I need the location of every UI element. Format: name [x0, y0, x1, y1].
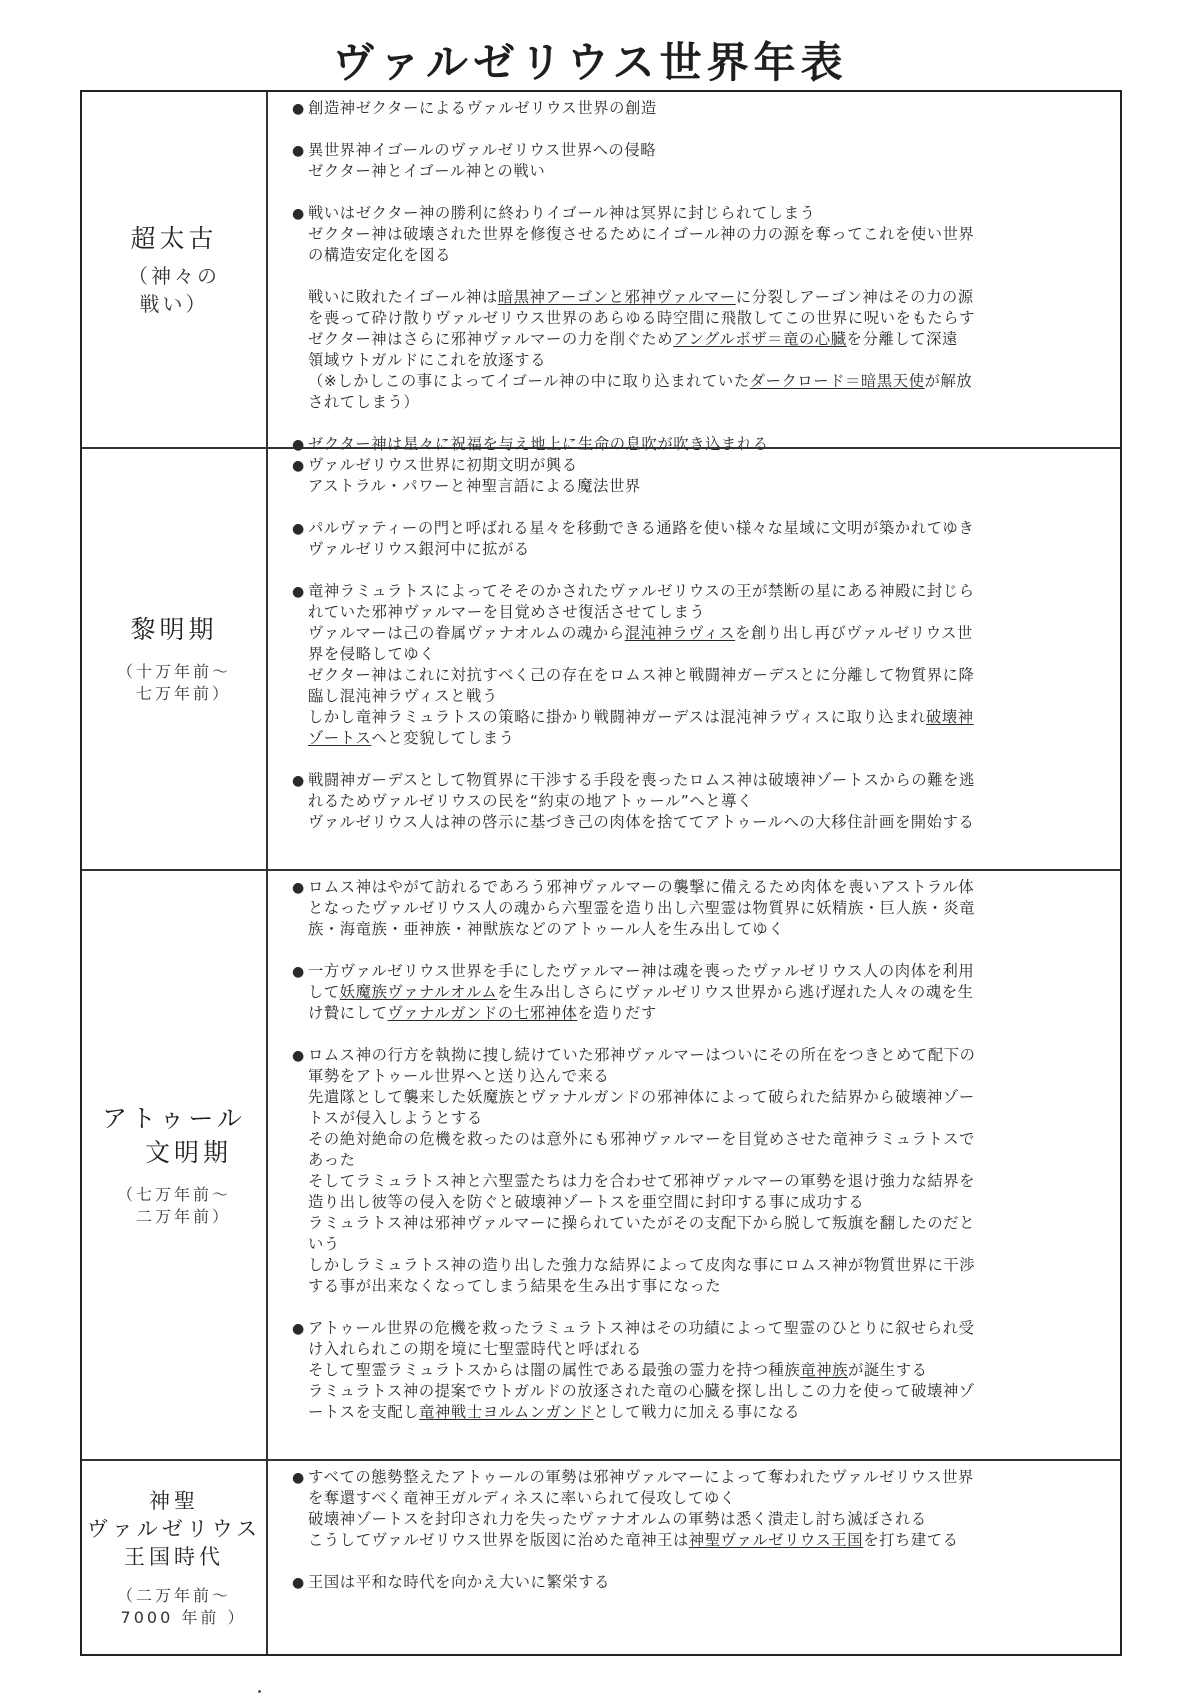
event-text: 創造神ゼクターによるヴァルゼリウス世界の創造: [308, 99, 657, 117]
event-paragraph: ●戦闘神ガーデスとして物質界に干渉する手段を喪ったロムス神は破壊神ゾートスからの…: [292, 770, 1106, 833]
event-line: け入れられこの期を境に七聖霊時代と呼ばれる: [292, 1339, 1106, 1360]
page-title: ヴァルゼリウス世界年表: [0, 30, 1180, 90]
event-text: ラミュラトス神は邪神ヴァルマーに操られていたがその支配下から脱して叛旗を翻したの…: [308, 1214, 975, 1232]
event-text: ゼクター神はこれに対抗すべく己の存在をロムス神と戦闘神ガーデスとに分離して物質界…: [308, 666, 974, 684]
era-name: 黎明期: [130, 613, 217, 647]
event-text: ヴァルゼリウス人は神の啓示に基づき己の肉体を捨ててアトゥールへの大移住計画を開始…: [308, 813, 974, 831]
event-text: 造り出し彼等の侵入を防ぐと破壊神ゾートスを亜空間に封印する事に成功する: [308, 1193, 864, 1211]
event-text: ゼクター神はさらに邪神ヴァルマーの力を削ぐため: [308, 330, 673, 348]
event-text: れるためヴァルゼリウスの民を“約束の地アトゥール”へと導く: [308, 792, 753, 810]
event-paragraph: ●ロムス神はやがて訪れるであろう邪神ヴァルマーの襲撃に備えるため肉体を喪いアスト…: [292, 877, 1106, 940]
event-line: ゼクター神はさらに邪神ヴァルマーの力を削ぐためアングルボザ＝竜の心臓を分離して深…: [292, 329, 1106, 350]
era-row: 超太古 （神々の 戦い） ●創造神ゼクターによるヴァルゼリウス世界の創造●異世界…: [82, 92, 1120, 449]
event-text: を分離して深遠: [847, 330, 958, 348]
event-line: する事が出来なくなってしまう結果を生み出す事になった: [292, 1276, 1106, 1297]
event-line: 界を侵略してゆく: [292, 644, 1106, 665]
event-line: あった: [292, 1150, 1106, 1171]
event-text: に分裂しアーゴン神はその力の源: [736, 288, 974, 306]
event-line: （※しかしこの事によってイゴール神の中に取り込まれていたダークロード＝暗黒天使が…: [292, 371, 1106, 392]
event-text: を創り出し再びヴァルゼリウス世: [735, 624, 973, 642]
era-content: ●すべての態勢整えたアトゥールの軍勢は邪神ヴァルマーによって奪われたヴァルゼリウ…: [268, 1461, 1120, 1654]
bullet-icon: ●: [292, 582, 308, 603]
event-text: 軍勢をアトゥール世界へと送り込んで来る: [308, 1067, 609, 1085]
event-text: を造りだす: [577, 1004, 657, 1022]
event-line: け贄にしてヴァナルガンドの七邪神体を造りだす: [292, 1003, 1106, 1024]
event-text: の構造安定化を図る: [308, 246, 451, 264]
event-text: する事が出来なくなってしまう結果を生み出す事になった: [308, 1277, 721, 1295]
event-text: け贄にして: [308, 1004, 388, 1022]
event-line: を喪って砕け散りヴァルゼリウス世界のあらゆる時空間に飛散してこの世界に呪いをもた…: [292, 308, 1106, 329]
era-row: 黎明期 （十万年前～ 七万年前） ●ヴァルゼリウス世界に初期文明が興るアストラル…: [82, 449, 1120, 871]
event-text: 破壊神ゾートスを封印され力を失ったヴァナオルムの軍勢は悉く潰走し討ち滅ぼされる: [308, 1510, 927, 1528]
event-line: ゾートスへと変貌してしまう: [292, 728, 1106, 749]
event-text: （※しかしこの事によってイゴール神の中に取り込まれていた: [308, 372, 750, 390]
event-line: ●一方ヴァルゼリウス世界を手にしたヴァルマー神は魂を喪ったヴァルゼリウス人の肉体…: [292, 961, 1106, 982]
event-line: されてしまう）: [292, 392, 1106, 413]
event-text: あった: [308, 1151, 356, 1169]
era-label: 黎明期 （十万年前～ 七万年前）: [82, 449, 268, 869]
event-line: ●創造神ゼクターによるヴァルゼリウス世界の創造: [292, 98, 1106, 119]
event-line: ラミュラトス神は邪神ヴァルマーに操られていたがその支配下から脱して叛旗を翻したの…: [292, 1213, 1106, 1234]
event-text: 戦いに敗れたイゴール神は: [308, 288, 498, 306]
event-line: を奪還すべく竜神王ガルディネスに率いられて侵攻してゆく: [292, 1488, 1106, 1509]
event-line: ートスを支配し竜神戦士ヨルムンガンドとして戦力に加える事になる: [292, 1402, 1106, 1423]
key-term: 竜神族: [800, 1361, 848, 1379]
bullet-icon: ●: [292, 1319, 308, 1340]
event-paragraph: ●創造神ゼクターによるヴァルゼリウス世界の創造: [292, 98, 1106, 119]
event-paragraph: ●一方ヴァルゼリウス世界を手にしたヴァルマー神は魂を喪ったヴァルゼリウス人の肉体…: [292, 961, 1106, 1024]
era-name: 超太古: [130, 222, 217, 256]
event-text: こうしてヴァルゼリウス世界を版図に治めた竜神王は: [308, 1531, 689, 1549]
era-label: アトゥール 文明期 （七万年前～ 二万年前）: [82, 871, 268, 1459]
event-line: ●アトゥール世界の危機を救ったラミュラトス神はその功績によって聖霊のひとりに叙せ…: [292, 1318, 1106, 1339]
event-line: ●王国は平和な時代を向かえ大いに繁栄する: [292, 1572, 1106, 1593]
event-text: ヴァルゼリウス銀河中に拡がる: [308, 540, 530, 558]
event-text: を奪還すべく竜神王ガルディネスに率いられて侵攻してゆく: [308, 1489, 736, 1507]
event-line: こうしてヴァルゼリウス世界を版図に治めた竜神王は神聖ヴァルゼリウス王国を打ち建て…: [292, 1530, 1106, 1551]
event-paragraph: ●異世界神イゴールのヴァルゼリウス世界への侵略ゼクター神とイゴール神との戦い: [292, 140, 1106, 182]
event-paragraph: ●すべての態勢整えたアトゥールの軍勢は邪神ヴァルマーによって奪われたヴァルゼリウ…: [292, 1467, 1106, 1551]
event-text: け入れられこの期を境に七聖霊時代と呼ばれる: [308, 1340, 642, 1358]
event-line: ●すべての態勢整えたアトゥールの軍勢は邪神ヴァルマーによって奪われたヴァルゼリウ…: [292, 1467, 1106, 1488]
event-text: 戦闘神ガーデスとして物質界に干渉する手段を喪ったロムス神は破壊神ゾートスからの難…: [308, 771, 975, 789]
event-line: ラミュラトス神の提案でウトガルドの放逐された竜の心臓を探し出しこの力を使って破壊…: [292, 1381, 1106, 1402]
key-term: 妖魔族ヴァナルオルム: [340, 983, 497, 1001]
event-text: ラミュラトス神の提案でウトガルドの放逐された竜の心臓を探し出しこの力を使って破壊…: [308, 1382, 975, 1400]
event-line: ●ロムス神はやがて訪れるであろう邪神ヴァルマーの襲撃に備えるため肉体を喪いアスト…: [292, 877, 1106, 898]
event-line: ●戦いはゼクター神の勝利に終わりイゴール神は冥界に封じられてしまう: [292, 203, 1106, 224]
event-line: して妖魔族ヴァナルオルムを生み出しさらにヴァルゼリウス世界から逃げ遅れた人々の魂…: [292, 982, 1106, 1003]
era-row: アトゥール 文明期 （七万年前～ 二万年前） ●ロムス神はやがて訪れるであろう邪…: [82, 871, 1120, 1461]
event-text: アストラル・パワーと神聖言語による魔法世界: [308, 477, 641, 495]
event-text: そして聖霊ラミュラトスからは闇の属性である最強の霊力を持つ種族: [308, 1361, 800, 1379]
bullet-icon: ●: [292, 519, 308, 540]
bullet-icon: ●: [292, 771, 308, 792]
event-line: その絶対絶命の危機を救ったのは意外にも邪神ヴァルマーを目覚めさせた竜神ラミュラト…: [292, 1129, 1106, 1150]
event-paragraph: ●竜神ラミュラトスによってそそのかされたヴァルゼリウスの王が禁断の星にある神殿に…: [292, 581, 1106, 749]
key-term: 破壊神: [926, 708, 974, 726]
stray-mark: [258, 1690, 261, 1693]
event-text: へと変貌してしまう: [371, 729, 514, 747]
event-line: いう: [292, 1234, 1106, 1255]
event-text: 先遣隊として襲来した妖魔族とヴァナルガンドの邪神体によって破られた結界から破壊神…: [308, 1088, 975, 1106]
event-line: となったヴァルゼリウス人の魂から六聖霊を造り出し六聖霊は物質界に妖精族・巨人族・…: [292, 898, 1106, 919]
key-term: ダークロード＝暗黒天使: [750, 372, 925, 390]
event-text: を喪って砕け散りヴァルゼリウス世界のあらゆる時空間に飛散してこの世界に呪いをもた…: [308, 309, 975, 327]
event-text: ゼクター神とイゴール神との戦い: [308, 162, 545, 180]
event-text: しかしラミュラトス神の造り出した強力な結界によって皮肉な事にロムス神が物質世界に…: [308, 1256, 975, 1274]
era-name: アトゥール 文明期: [102, 1102, 246, 1170]
bullet-icon: ●: [292, 1468, 308, 1489]
event-text: ロムス神の行方を執拗に捜し続けていた邪神ヴァルマーはついにその所在をつきとめて配…: [308, 1046, 976, 1064]
era-name: 神聖 ヴァルゼリウス 王国時代: [87, 1487, 261, 1571]
event-line: ●パルヴァティーの門と呼ばれる星々を移動できる通路を使い様々な星域に文明が築かれ…: [292, 518, 1106, 539]
event-text: 一方ヴァルゼリウス世界を手にしたヴァルマー神は魂を喪ったヴァルゼリウス人の肉体を…: [308, 962, 974, 980]
event-paragraph: ●ロムス神の行方を執拗に捜し続けていた邪神ヴァルマーはついにその所在をつきとめて…: [292, 1045, 1106, 1297]
key-term: 暗黒神アーゴンと邪神ヴァルマー: [498, 288, 736, 306]
bullet-icon: ●: [292, 962, 308, 983]
event-line: 戦いに敗れたイゴール神は暗黒神アーゴンと邪神ヴァルマーに分裂しアーゴン神はその力…: [292, 287, 1106, 308]
event-line: 領域ウトガルドにこれを放逐する: [292, 350, 1106, 371]
event-paragraph: ●戦いはゼクター神の勝利に終わりイゴール神は冥界に封じられてしまうゼクター神は破…: [292, 203, 1106, 266]
era-label: 超太古 （神々の 戦い）: [82, 92, 268, 447]
event-line: の構造安定化を図る: [292, 245, 1106, 266]
era-label: 神聖 ヴァルゼリウス 王国時代 （二万年前～ 7000 年前 ）: [82, 1461, 268, 1654]
key-term: ゾートス: [308, 729, 371, 747]
bullet-icon: ●: [292, 456, 308, 477]
event-text: いう: [308, 1235, 340, 1253]
bullet-icon: ●: [292, 1046, 308, 1067]
event-text: ートスを支配し: [308, 1403, 419, 1421]
event-text: 領域ウトガルドにこれを放逐する: [308, 351, 546, 369]
event-line: しかし竜神ラミュラトスの策略に掛かり戦闘神ガーデスは混沌神ラヴィスに取り込まれ破…: [292, 707, 1106, 728]
event-paragraph: ●パルヴァティーの門と呼ばれる星々を移動できる通路を使い様々な星域に文明が築かれ…: [292, 518, 1106, 560]
era-content: ●ヴァルゼリウス世界に初期文明が興るアストラル・パワーと神聖言語による魔法世界●…: [268, 449, 1120, 869]
era-content: ●創造神ゼクターによるヴァルゼリウス世界の創造●異世界神イゴールのヴァルゼリウス…: [268, 92, 1120, 447]
event-text: を打ち建てる: [863, 1531, 958, 1549]
bullet-icon: ●: [292, 99, 308, 120]
event-text: ゼクター神は破壊された世界を修復させるためにイゴール神の力の源を奪ってこれを使い…: [308, 225, 974, 243]
event-text: ヴァルマーは己の眷属ヴァナオルムの魂から: [308, 624, 625, 642]
event-text: そしてラミュラトス神と六聖霊たちは力を合わせて邪神ヴァルマーの軍勢を退け強力な結…: [308, 1172, 975, 1190]
event-line: ヴァルマーは己の眷属ヴァナオルムの魂から混沌神ラヴィスを創り出し再びヴァルゼリウ…: [292, 623, 1106, 644]
event-line: ●竜神ラミュラトスによってそそのかされたヴァルゼリウスの王が禁断の星にある神殿に…: [292, 581, 1106, 602]
era-period: （二万年前～ 7000 年前 ）: [102, 1585, 247, 1629]
key-term: 混沌神ラヴィス: [625, 624, 735, 642]
event-paragraph: 戦いに敗れたイゴール神は暗黒神アーゴンと邪神ヴァルマーに分裂しアーゴン神はその力…: [292, 287, 1106, 413]
bullet-icon: ●: [292, 1573, 308, 1594]
event-line: しかしラミュラトス神の造り出した強力な結界によって皮肉な事にロムス神が物質世界に…: [292, 1255, 1106, 1276]
bullet-icon: ●: [292, 878, 308, 899]
event-line: 族・海竜族・亜神族・神獣族などのアトゥール人を生み出してゆく: [292, 919, 1106, 940]
event-line: ●ヴァルゼリウス世界に初期文明が興る: [292, 455, 1106, 476]
event-text: 竜神ラミュラトスによってそそのかされたヴァルゼリウスの王が禁断の星にある神殿に封…: [308, 582, 975, 600]
event-text: して: [308, 983, 340, 1001]
event-line: ゼクター神はこれに対抗すべく己の存在をロムス神と戦闘神ガーデスとに分離して物質界…: [292, 665, 1106, 686]
key-term: 神聖ヴァルゼリウス王国: [689, 1531, 863, 1549]
event-text: 臨し混沌神ラヴィスと戦う: [308, 687, 498, 705]
event-text: れていた邪神ヴァルマーを目覚めさせ復活させてしまう: [308, 603, 705, 621]
era-period: （七万年前～ 二万年前）: [117, 1184, 231, 1228]
event-text: 戦いはゼクター神の勝利に終わりイゴール神は冥界に封じられてしまう: [308, 204, 815, 222]
bullet-icon: ●: [292, 204, 308, 225]
event-line: 破壊神ゾートスを封印され力を失ったヴァナオルムの軍勢は悉く潰走し討ち滅ぼされる: [292, 1509, 1106, 1530]
event-line: ゼクター神は破壊された世界を修復させるためにイゴール神の力の源を奪ってこれを使い…: [292, 224, 1106, 245]
era-period: （十万年前～ 七万年前）: [117, 661, 231, 705]
event-line: ゼクター神とイゴール神との戦い: [292, 161, 1106, 182]
event-text: パルヴァティーの門と呼ばれる星々を移動できる通路を使い様々な星域に文明が築かれて…: [308, 519, 974, 537]
event-line: れていた邪神ヴァルマーを目覚めさせ復活させてしまう: [292, 602, 1106, 623]
event-text: となったヴァルゼリウス人の魂から六聖霊を造り出し六聖霊は物質界に妖精族・巨人族・…: [308, 899, 975, 917]
era-row: 神聖 ヴァルゼリウス 王国時代 （二万年前～ 7000 年前 ） ●すべての態勢…: [82, 1461, 1120, 1654]
key-term: アングルボザ＝竜の心臓: [673, 330, 847, 348]
event-line: れるためヴァルゼリウスの民を“約束の地アトゥール”へと導く: [292, 791, 1106, 812]
event-line: ●ロムス神の行方を執拗に捜し続けていた邪神ヴァルマーはついにその所在をつきとめて…: [292, 1045, 1106, 1066]
event-line: トスが侵入しようとする: [292, 1108, 1106, 1129]
event-line: 軍勢をアトゥール世界へと送り込んで来る: [292, 1066, 1106, 1087]
event-text: が解放: [925, 372, 973, 390]
event-text: アトゥール世界の危機を救ったラミュラトス神はその功績によって聖霊のひとりに叙せら…: [308, 1319, 975, 1337]
bullet-icon: ●: [292, 141, 308, 162]
event-text: その絶対絶命の危機を救ったのは意外にも邪神ヴァルマーを目覚めさせた竜神ラミュラト…: [308, 1130, 975, 1148]
timeline-table: 超太古 （神々の 戦い） ●創造神ゼクターによるヴァルゼリウス世界の創造●異世界…: [80, 90, 1122, 1656]
event-text: ヴァルゼリウス世界に初期文明が興る: [308, 456, 578, 474]
key-term: ヴァナルガンドの七邪神体: [388, 1004, 578, 1022]
event-line: ヴァルゼリウス人は神の啓示に基づき己の肉体を捨ててアトゥールへの大移住計画を開始…: [292, 812, 1106, 833]
event-line: アストラル・パワーと神聖言語による魔法世界: [292, 476, 1106, 497]
event-text: 界を侵略してゆく: [308, 645, 435, 663]
era-period: （神々の 戦い）: [128, 262, 220, 318]
event-text: されてしまう）: [308, 393, 419, 411]
event-line: そして聖霊ラミュラトスからは闇の属性である最強の霊力を持つ種族竜神族が誕生する: [292, 1360, 1106, 1381]
event-text: トスが侵入しようとする: [308, 1109, 483, 1127]
key-term: 竜神戦士ヨルムンガンド: [419, 1403, 593, 1421]
event-paragraph: ●王国は平和な時代を向かえ大いに繁栄する: [292, 1572, 1106, 1593]
event-text: が誕生する: [848, 1361, 928, 1379]
event-text: を生み出しさらにヴァルゼリウス世界から逃げ遅れた人々の魂を生: [497, 983, 973, 1001]
event-text: 族・海竜族・亜神族・神獣族などのアトゥール人を生み出してゆく: [308, 920, 784, 938]
event-text: すべての態勢整えたアトゥールの軍勢は邪神ヴァルマーによって奪われたヴァルゼリウス…: [308, 1468, 974, 1486]
event-line: 先遣隊として襲来した妖魔族とヴァナルガンドの邪神体によって破られた結界から破壊神…: [292, 1087, 1106, 1108]
era-content: ●ロムス神はやがて訪れるであろう邪神ヴァルマーの襲撃に備えるため肉体を喪いアスト…: [268, 871, 1120, 1459]
event-line: 造り出し彼等の侵入を防ぐと破壊神ゾートスを亜空間に封印する事に成功する: [292, 1192, 1106, 1213]
event-line: ●戦闘神ガーデスとして物質界に干渉する手段を喪ったロムス神は破壊神ゾートスからの…: [292, 770, 1106, 791]
event-line: そしてラミュラトス神と六聖霊たちは力を合わせて邪神ヴァルマーの軍勢を退け強力な結…: [292, 1171, 1106, 1192]
event-text: 異世界神イゴールのヴァルゼリウス世界への侵略: [308, 141, 656, 159]
event-paragraph: ●アトゥール世界の危機を救ったラミュラトス神はその功績によって聖霊のひとりに叙せ…: [292, 1318, 1106, 1423]
event-text: 王国は平和な時代を向かえ大いに繁栄する: [308, 1573, 610, 1591]
event-line: ●異世界神イゴールのヴァルゼリウス世界への侵略: [292, 140, 1106, 161]
event-line: 臨し混沌神ラヴィスと戦う: [292, 686, 1106, 707]
event-line: ヴァルゼリウス銀河中に拡がる: [292, 539, 1106, 560]
event-text: として戦力に加える事になる: [593, 1403, 800, 1421]
event-text: ロムス神はやがて訪れるであろう邪神ヴァルマーの襲撃に備えるため肉体を喪いアストラ…: [308, 878, 974, 896]
event-paragraph: ●ヴァルゼリウス世界に初期文明が興るアストラル・パワーと神聖言語による魔法世界: [292, 455, 1106, 497]
event-text: しかし竜神ラミュラトスの策略に掛かり戦闘神ガーデスは混沌神ラヴィスに取り込まれ: [308, 708, 926, 726]
